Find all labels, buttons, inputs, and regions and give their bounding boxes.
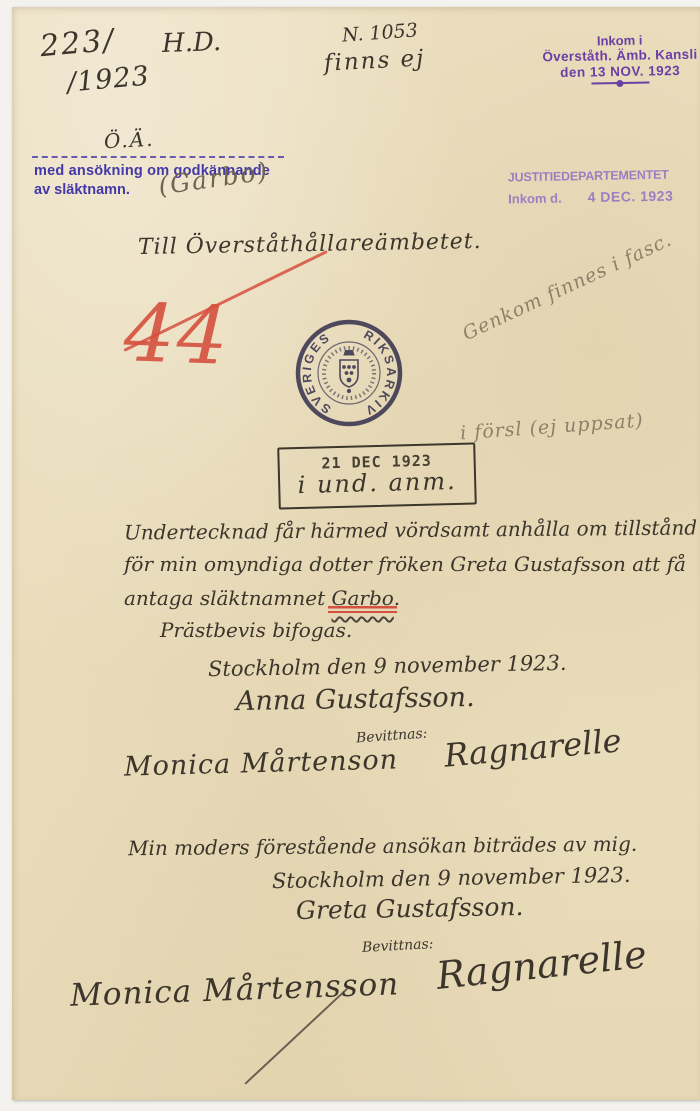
pencil-note-diagonal: Genkom finnes i fasc. [460, 225, 686, 345]
dateline-1: Stockholm den 9 november 1923. [208, 652, 567, 681]
bevittnas-label-2: Bevittnas: [362, 937, 434, 956]
red-number-44: 44 [122, 289, 231, 381]
oa-abbreviation: Ö.Ä. [103, 128, 154, 153]
body-line-2: för min omyndiga dotter fröken Greta Gus… [124, 553, 686, 575]
n-number-note: N. 1053 [341, 20, 418, 46]
stamp-ornament [591, 81, 649, 84]
docket-number: 223/ [39, 24, 117, 63]
date-box-note: i und. anm. [280, 466, 475, 499]
kansli-stamp-date: den 13 NOV. 1923 [532, 62, 700, 80]
clerk-initials: H.D. [162, 28, 222, 59]
body-line-3-prefix: antaga släktnamnet [124, 586, 331, 610]
seal-text-left: SVERIGES [300, 330, 334, 417]
justitie-stamp-date: 4 DEC. 1923 [587, 188, 673, 205]
kansli-arrival-stamp: Inkom i Överståth. Ämb. Kansli den 13 NO… [532, 31, 700, 85]
justitie-stamp-label: Inkom d. [508, 191, 562, 207]
signature-anna-gustafsson: Anna Gustafsson. [236, 683, 475, 717]
salutation: Till Överståthållareämbetet. [138, 230, 482, 260]
justitie-stamp-title: JUSTITIEDEPARTEMENTET [508, 168, 673, 185]
body-line-1: Undertecknad får härmed vördsamt anhålla… [124, 516, 697, 543]
coat-of-arms [324, 348, 374, 398]
witness-signature-2-right: Ragnarelle [434, 934, 648, 998]
dotted-line [32, 156, 284, 158]
body-line-4: Prästbevis bifogas. [160, 619, 352, 641]
witness-signature-2-left: Monica Mårtensson [70, 967, 400, 1013]
finns-ej-note: finns ej [323, 46, 426, 77]
witness-signature-1-right: Ragnarelle [443, 723, 623, 774]
svg-text:SVERIGES: SVERIGES [300, 330, 334, 417]
date-box-stamp: 21 DEC 1923 i und. anm. [277, 442, 477, 509]
justitie-stamp: JUSTITIEDEPARTEMENTET Inkom d.4 DEC. 192… [508, 168, 674, 207]
witness-signature-1-left: Monica Mårtenson [124, 745, 399, 782]
pencil-note-forsl: i försl (ej uppsat) [459, 411, 644, 445]
surname-garbo: Garbo [331, 586, 393, 610]
document-paper: 223/ /1923 H.D. N. 1053 finns ej Inkom i… [12, 7, 700, 1100]
riksarkivet-seal: SVERIGES RIKSARKIV [295, 319, 403, 427]
signature-greta-gustafsson: Greta Gustafsson. [296, 893, 524, 924]
consent-statement: Min moders förestående ansökan biträdes … [128, 833, 637, 859]
dateline-2: Stockholm den 9 november 1923. [272, 864, 631, 893]
docket-year: /1923 [66, 61, 151, 98]
body-line-3: antaga släktnamnet Garbo. [124, 587, 400, 609]
kansli-stamp-line2: Överståth. Ämb. Kansli [532, 46, 700, 64]
